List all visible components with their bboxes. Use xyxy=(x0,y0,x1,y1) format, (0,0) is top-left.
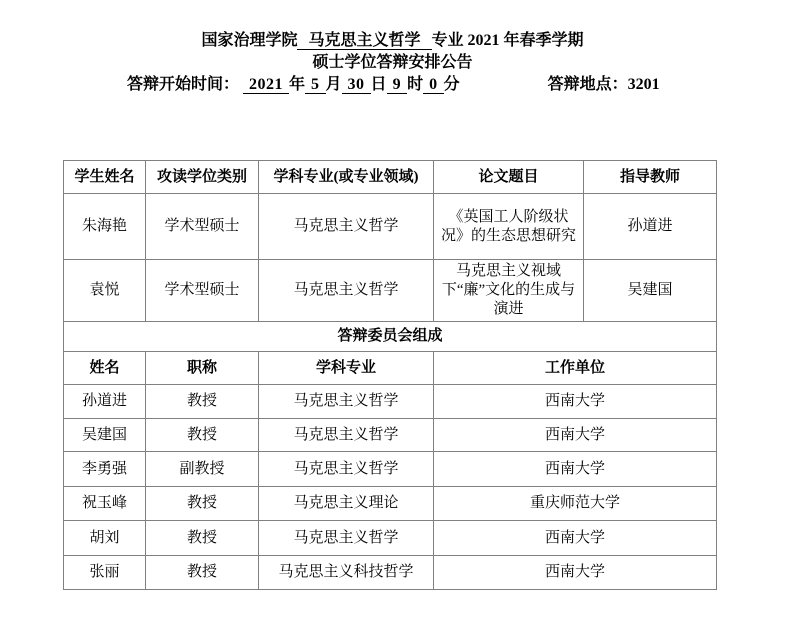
defense-location-value: 3201 xyxy=(628,76,660,93)
committee-section-title: 答辩委员会组成 xyxy=(64,322,717,352)
defense-time-label: 答辩开始时间： xyxy=(127,76,243,93)
document-title-line1: 国家治理学院马克思主义哲学专业 2021 年春季学期 xyxy=(0,27,785,50)
member-title: 教授 xyxy=(146,521,259,556)
member-major: 马克思主义理论 xyxy=(259,487,434,521)
committee-member-row: 孙道进 教授 马克思主义哲学 西南大学 xyxy=(64,385,717,419)
defense-day-unit: 日 xyxy=(371,76,387,93)
committee-member-row: 张丽 教授 马克思主义科技哲学 西南大学 xyxy=(64,556,717,590)
member-major: 马克思主义哲学 xyxy=(259,521,434,556)
member-name: 吴建国 xyxy=(64,419,146,452)
defense-minute-unit: 分 xyxy=(444,76,460,93)
defense-hour-unit: 时 xyxy=(407,76,423,93)
defense-year-unit: 年 xyxy=(289,76,305,93)
defense-schedule-table: 学生姓名 攻读学位类别 学科专业(或专业领域) 论文题目 指导教师 朱海艳 学术… xyxy=(63,160,717,590)
committee-member-row: 吴建国 教授 马克思主义哲学 西南大学 xyxy=(64,419,717,452)
student-advisor: 孙道进 xyxy=(584,194,717,260)
defense-schedule-line: 答辩开始时间： 2021年5月30日9时0分答辩地点：3201 xyxy=(127,71,660,94)
student-advisor: 吴建国 xyxy=(584,260,717,322)
member-name: 孙道进 xyxy=(64,385,146,419)
committee-member-row: 胡刘 教授 马克思主义哲学 西南大学 xyxy=(64,521,717,556)
member-title: 教授 xyxy=(146,385,259,419)
member-organization: 西南大学 xyxy=(434,521,717,556)
member-name: 李勇强 xyxy=(64,452,146,487)
defense-month-value: 5 xyxy=(305,76,326,94)
title-major-underlined: 马克思主义哲学 xyxy=(297,32,431,50)
member-organization: 重庆师范大学 xyxy=(434,487,717,521)
col-header-degree-type: 攻读学位类别 xyxy=(146,161,259,194)
defense-hour-value: 9 xyxy=(387,76,408,94)
member-major: 马克思主义哲学 xyxy=(259,385,434,419)
title-college-name: 国家治理学院 xyxy=(201,32,297,49)
col-header-member-title: 职称 xyxy=(146,352,259,385)
student-thesis-title: 马克思主义视域下“廉”文化的生成与演进 xyxy=(434,260,584,322)
title-semester-text: 专业 2021 年春季学期 xyxy=(432,32,584,49)
member-name: 胡刘 xyxy=(64,521,146,556)
member-name: 祝玉峰 xyxy=(64,487,146,521)
student-major: 马克思主义哲学 xyxy=(259,194,434,260)
member-major: 马克思主义哲学 xyxy=(259,452,434,487)
committee-section-row: 答辩委员会组成 xyxy=(64,322,717,352)
student-name: 朱海艳 xyxy=(64,194,146,260)
member-organization: 西南大学 xyxy=(434,556,717,590)
member-major: 马克思主义哲学 xyxy=(259,419,434,452)
col-header-member-major: 学科专业 xyxy=(259,352,434,385)
col-header-member-organization: 工作单位 xyxy=(434,352,717,385)
student-name: 袁悦 xyxy=(64,260,146,322)
col-header-student-name: 学生姓名 xyxy=(64,161,146,194)
defense-year-value: 2021 xyxy=(243,76,289,94)
defense-month-unit: 月 xyxy=(326,76,342,93)
students-header-row: 学生姓名 攻读学位类别 学科专业(或专业领域) 论文题目 指导教师 xyxy=(64,161,717,194)
committee-member-row: 李勇强 副教授 马克思主义哲学 西南大学 xyxy=(64,452,717,487)
document-page: 国家治理学院马克思主义哲学专业 2021 年春季学期 硕士学位答辩安排公告 答辩… xyxy=(0,0,785,629)
member-organization: 西南大学 xyxy=(434,452,717,487)
student-major: 马克思主义哲学 xyxy=(259,260,434,322)
member-title: 副教授 xyxy=(146,452,259,487)
member-title: 教授 xyxy=(146,419,259,452)
col-header-advisor: 指导教师 xyxy=(584,161,717,194)
member-title: 教授 xyxy=(146,487,259,521)
defense-day-value: 30 xyxy=(342,76,371,94)
col-header-major: 学科专业(或专业领域) xyxy=(259,161,434,194)
defense-minute-value: 0 xyxy=(423,76,444,94)
document-title-line2: 硕士学位答辩安排公告 xyxy=(0,49,785,72)
member-name: 张丽 xyxy=(64,556,146,590)
student-thesis-title: 《英国工人阶级状况》的生态思想研究 xyxy=(434,194,584,260)
member-organization: 西南大学 xyxy=(434,419,717,452)
student-row: 袁悦 学术型硕士 马克思主义哲学 马克思主义视域下“廉”文化的生成与演进 吴建国 xyxy=(64,260,717,322)
member-major: 马克思主义科技哲学 xyxy=(259,556,434,590)
committee-header-row: 姓名 职称 学科专业 工作单位 xyxy=(64,352,717,385)
member-organization: 西南大学 xyxy=(434,385,717,419)
student-degree-type: 学术型硕士 xyxy=(146,260,259,322)
student-degree-type: 学术型硕士 xyxy=(146,194,259,260)
member-title: 教授 xyxy=(146,556,259,590)
student-row: 朱海艳 学术型硕士 马克思主义哲学 《英国工人阶级状况》的生态思想研究 孙道进 xyxy=(64,194,717,260)
committee-member-row: 祝玉峰 教授 马克思主义理论 重庆师范大学 xyxy=(64,487,717,521)
col-header-thesis-title: 论文题目 xyxy=(434,161,584,194)
col-header-member-name: 姓名 xyxy=(64,352,146,385)
defense-location-label: 答辩地点： xyxy=(548,76,628,93)
